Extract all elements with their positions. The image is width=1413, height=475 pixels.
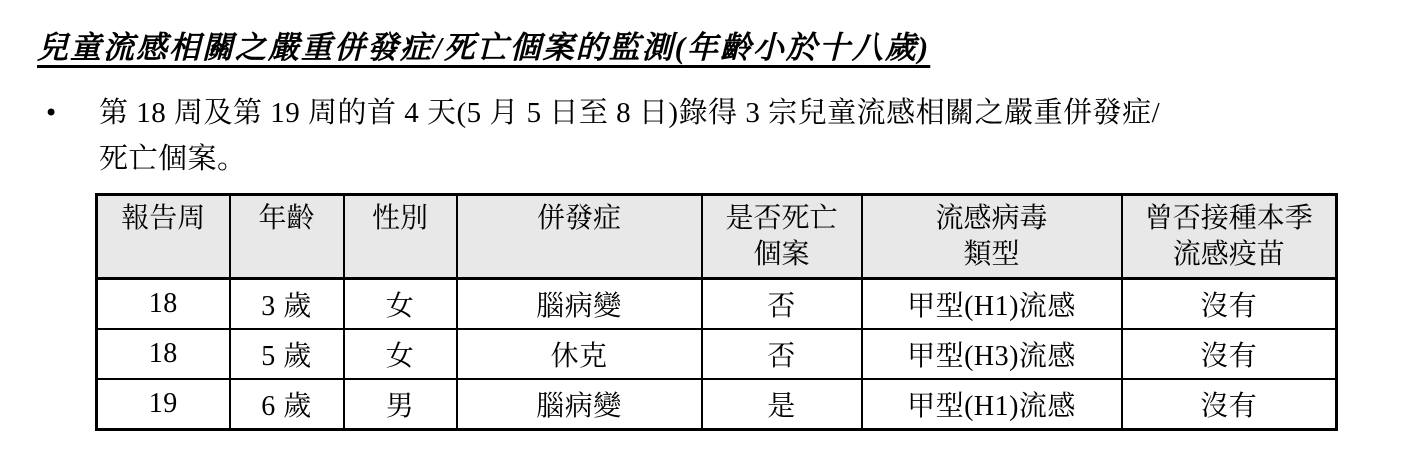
bullet-paragraph: 第 18 周及第 19 周的首 4 天(5 月 5 日至 8 日)錄得 3 宗兒… — [99, 90, 1160, 182]
cell-sex: 女 — [344, 329, 457, 379]
cell-age: 5 歲 — [230, 329, 344, 379]
cell-complication: 休克 — [457, 329, 702, 379]
cell-complication: 腦病變 — [457, 379, 702, 430]
table-row: 18 5 歲 女 休克 否 甲型(H3)流感 沒有 — [97, 329, 1337, 379]
cell-virus-type: 甲型(H1)流感 — [862, 279, 1122, 330]
bullet-marker: • — [44, 90, 99, 136]
header-fatal-case: 是否死亡 個案 — [702, 195, 862, 279]
header-age: 年齡 — [230, 195, 344, 279]
table-header-row: 報告周 年齡 性別 併發症 是否死亡 個案 流感病毒 類型 曾否接種本季 流感疫… — [97, 195, 1337, 279]
cell-age: 3 歲 — [230, 279, 344, 330]
cell-sex: 男 — [344, 379, 457, 430]
cell-report-week: 19 — [97, 379, 230, 430]
cell-fatal-case: 否 — [702, 329, 862, 379]
page-title: 兒童流感相關之嚴重併發症/死亡個案的監測(年齡小於十八歲) — [37, 22, 930, 67]
cell-vaccinated: 沒有 — [1122, 379, 1337, 430]
header-vaccinated: 曾否接種本季 流感疫苗 — [1122, 195, 1337, 279]
bullet-line-2: 死亡個案。 — [99, 143, 247, 175]
cell-report-week: 18 — [97, 279, 230, 330]
cell-virus-type: 甲型(H3)流感 — [862, 329, 1122, 379]
cell-sex: 女 — [344, 279, 457, 330]
cell-report-week: 18 — [97, 329, 230, 379]
cell-fatal-case: 否 — [702, 279, 862, 330]
cases-table: 報告周 年齡 性別 併發症 是否死亡 個案 流感病毒 類型 曾否接種本季 流感疫… — [95, 193, 1338, 431]
header-complication: 併發症 — [457, 195, 702, 279]
header-virus-type: 流感病毒 類型 — [862, 195, 1122, 279]
table-row: 18 3 歲 女 腦病變 否 甲型(H1)流感 沒有 — [97, 279, 1337, 330]
cell-vaccinated: 沒有 — [1122, 279, 1337, 330]
bullet-item: • 第 18 周及第 19 周的首 4 天(5 月 5 日至 8 日)錄得 3 … — [44, 90, 1160, 182]
cell-complication: 腦病變 — [457, 279, 702, 330]
cell-age: 6 歲 — [230, 379, 344, 430]
bullet-line-1: 第 18 周及第 19 周的首 4 天(5 月 5 日至 8 日)錄得 3 宗兒… — [99, 97, 1160, 129]
cell-vaccinated: 沒有 — [1122, 329, 1337, 379]
cell-fatal-case: 是 — [702, 379, 862, 430]
header-report-week: 報告周 — [97, 195, 230, 279]
cell-virus-type: 甲型(H1)流感 — [862, 379, 1122, 430]
table-row: 19 6 歲 男 腦病變 是 甲型(H1)流感 沒有 — [97, 379, 1337, 430]
header-sex: 性別 — [344, 195, 457, 279]
